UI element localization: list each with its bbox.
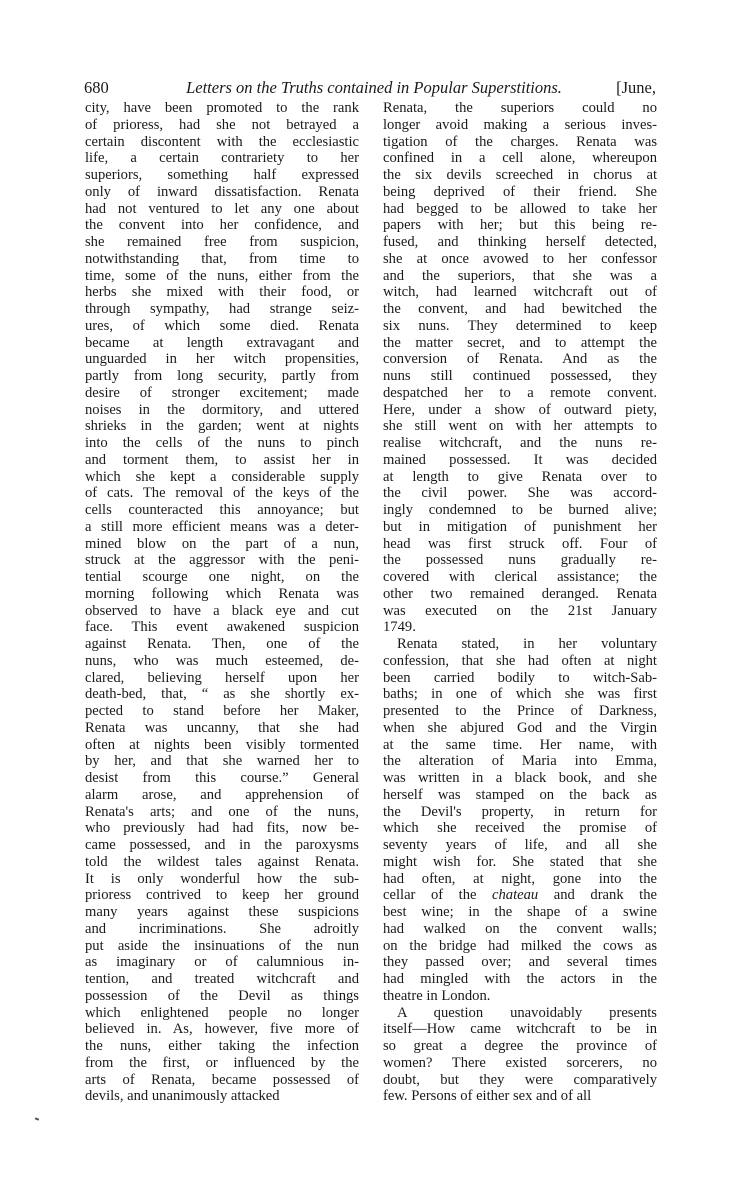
text-line: certain discontent with the ecclesiastic [85, 134, 359, 151]
text-line: death-bed, that, “ as she shortly ex- [85, 686, 359, 703]
text-line: was written in a black book, and she [383, 770, 657, 787]
text-line: despatched her to a remote convent. [383, 385, 657, 402]
text-line: confession, that she had often at night [383, 653, 657, 670]
text-line: by her, and that she warned her to [85, 753, 359, 770]
text-line: tigation of the charges. Renata was [383, 134, 657, 151]
text-line: she remained free from suspicion, [85, 234, 359, 251]
text-line: the possessed nuns gradually re- [383, 552, 657, 569]
text-line: the Devil's property, in return for [383, 804, 657, 821]
text-line: as imaginary or of calumnious in- [85, 954, 359, 971]
text-line: and incriminations. She adroitly [85, 921, 359, 938]
text-line: 1749. [383, 619, 657, 636]
text-line: cellar of the chateau and drank the [383, 887, 657, 904]
text-line: the convent into her confidence, and [85, 217, 359, 234]
text-line: clared, believing herself upon her [85, 670, 359, 687]
text-line: the alteration of Maria into Emma, [383, 753, 657, 770]
text-line: into the cells of the nuns to pinch [85, 435, 359, 452]
text-line: came possessed, and in the paroxysms [85, 837, 359, 854]
document-page: 680 Letters on the Truths contained in P… [0, 0, 749, 1180]
text-line: had walked on the convent walls; [383, 921, 657, 938]
text-line: conversion of Renata. And as the [383, 351, 657, 368]
text-line: time, some of the nuns, either from the [85, 268, 359, 285]
text-line: was executed on the 21st January [383, 603, 657, 620]
text-line: Renata's arts; and one of the nuns, [85, 804, 359, 821]
text-line: It is only wonderful how the sub- [85, 871, 359, 888]
text-line: prioress contrived to keep her ground [85, 887, 359, 904]
text-line: a still more efficient means was a deter… [85, 519, 359, 536]
text-line: been carried bodily to witch-Sab- [383, 670, 657, 687]
text-line: the nuns, either taking the infection [85, 1038, 359, 1055]
text-line: through sympathy, had strange seiz- [85, 301, 359, 318]
text-line: herbs she mixed with their food, or [85, 284, 359, 301]
scan-speck [35, 1117, 39, 1120]
text-line: covered with clerical assistance; the [383, 569, 657, 586]
left-column: city, have been promoted to the rankof p… [85, 100, 359, 1105]
text-line: baths; in one of which she was first [383, 686, 657, 703]
text-line: nuns still continued possessed, they [383, 368, 657, 385]
text-line: confined in a cell alone, whereupon [383, 150, 657, 167]
text-line: had often, at night, gone into the [383, 871, 657, 888]
text-line: she still went on with her attempts to [383, 418, 657, 435]
text-line: of cats. The removal of the keys of the [85, 485, 359, 502]
text-line: life, a certain contrariety to her [85, 150, 359, 167]
text-line: who previously had had fits, now be- [85, 820, 359, 837]
text-line: struck at the aggressor with the peni- [85, 552, 359, 569]
italic-word: chateau [492, 887, 538, 903]
text-line: told the wildest tales against Renata. [85, 854, 359, 871]
text-line: other two remained deranged. Renata [383, 586, 657, 603]
page-header: 680 Letters on the Truths contained in P… [84, 78, 656, 100]
text-line: put aside the insinuations of the nun [85, 938, 359, 955]
text-line: might wish for. She stated that she [383, 854, 657, 871]
text-line: arts of Renata, became possessed of [85, 1072, 359, 1089]
text-line: they passed over; and several times [383, 954, 657, 971]
text-line: fused, and thinking herself detected, [383, 234, 657, 251]
text-line: many years against these suspicions [85, 904, 359, 921]
text-line: only of inward dissatisfaction. Renata [85, 184, 359, 201]
text-line: devils, and unanimously attacked [85, 1088, 359, 1105]
text-line: nuns, who was much esteemed, de- [85, 653, 359, 670]
text-line: witch, had learned witchcraft out of [383, 284, 657, 301]
text-line: Here, under a show of outward piety, [383, 402, 657, 419]
text-line: Renata, the superiors could no [383, 100, 657, 117]
text-line: presented to the Prince of Darkness, [383, 703, 657, 720]
text-line: the matter secret, and to attempt the [383, 335, 657, 352]
text-line: face. This event awakened suspicion [85, 619, 359, 636]
running-title: Letters on the Truths contained in Popul… [84, 78, 656, 98]
text-line: and torment them, to assist her in [85, 452, 359, 469]
text-line: on the bridge had milked the cows as [383, 938, 657, 955]
text-line: theatre in London. [383, 988, 657, 1005]
text-line: when she abjured God and the Virgin [383, 720, 657, 737]
text-line: longer avoid making a serious inves- [383, 117, 657, 134]
text-line: best wine; in the shape of a swine [383, 904, 657, 921]
text-line: at length to give Renata over to [383, 469, 657, 486]
text-line: ingly condemned to be burned alive; [383, 502, 657, 519]
text-line: cells counteracted this annoyance; but [85, 502, 359, 519]
text-line: morning following which Renata was [85, 586, 359, 603]
text-line: unguarded in her witch propensities, [85, 351, 359, 368]
text-line: which enlightened people no longer [85, 1005, 359, 1022]
text-line: the civil power. She was accord- [383, 485, 657, 502]
text-line: desist from this course.” General [85, 770, 359, 787]
text-line: the six devils screeched in chorus at [383, 167, 657, 184]
text-line: had mingled with the actors in the [383, 971, 657, 988]
text-line: believed in. As, however, five more of [85, 1021, 359, 1038]
text-line: ures, of which some died. Renata [85, 318, 359, 335]
text-line: became at length extravagant and [85, 335, 359, 352]
issue-date: [June, [616, 78, 656, 98]
text-line: often at nights been visibly tormented [85, 737, 359, 754]
text-line: doubt, but they were comparatively [383, 1072, 657, 1089]
text-line: had not ventured to let any one about [85, 201, 359, 218]
text-line: had begged to be allowed to take her [383, 201, 657, 218]
text-line: and the superiors, that she was a [383, 268, 657, 285]
text-line: she at once avowed to her confessor [383, 251, 657, 268]
text-line: women? There existed sorcerers, no [383, 1055, 657, 1072]
right-column: Renata, the superiors could nolonger avo… [383, 100, 657, 1105]
text-line: which she received the promise of [383, 820, 657, 837]
text-line: being deprived of their friend. She [383, 184, 657, 201]
text-line: observed to have a black eye and cut [85, 603, 359, 620]
text-line: shrieks in the garden; went at nights [85, 418, 359, 435]
text-line: A question unavoidably presents [383, 1005, 657, 1022]
text-line: city, have been promoted to the rank [85, 100, 359, 117]
text-line: mined blow on the part of a nun, [85, 536, 359, 553]
text-line: Renata was uncanny, that she had [85, 720, 359, 737]
text-line: partly from long security, partly from [85, 368, 359, 385]
text-line: tention, and treated witchcraft and [85, 971, 359, 988]
text-line: notwithstanding that, from time to [85, 251, 359, 268]
text-line: superiors, something half expressed [85, 167, 359, 184]
text-line: seventy years of life, and all she [383, 837, 657, 854]
text-line: itself—How came witchcraft to be in [383, 1021, 657, 1038]
text-line: few. Persons of either sex and of all [383, 1088, 657, 1105]
text-line: papers with her; but this being re- [383, 217, 657, 234]
text-line: pected to stand before her Maker, [85, 703, 359, 720]
text-line: possession of the Devil as things [85, 988, 359, 1005]
text-line: head was first struck off. Four of [383, 536, 657, 553]
text-line: which she kept a considerable supply [85, 469, 359, 486]
text-line: alarm arose, and apprehension of [85, 787, 359, 804]
text-line: tential scourge one night, on the [85, 569, 359, 586]
text-line: of prioress, had she not betrayed a [85, 117, 359, 134]
text-line: against Renata. Then, one of the [85, 636, 359, 653]
text-line: desire of stronger excitement; made [85, 385, 359, 402]
text-line: from the first, or influenced by the [85, 1055, 359, 1072]
text-line: mained possessed. It was decided [383, 452, 657, 469]
text-line: six nuns. They determined to keep [383, 318, 657, 335]
text-line: Renata stated, in her voluntary [383, 636, 657, 653]
text-line: noises in the dormitory, and uttered [85, 402, 359, 419]
text-line: at the same time. Her name, with [383, 737, 657, 754]
text-line: so great a degree the province of [383, 1038, 657, 1055]
text-line: realise witchcraft, and the nuns re- [383, 435, 657, 452]
text-line: herself was stamped on the back as [383, 787, 657, 804]
text-line: the convent, and had bewitched the [383, 301, 657, 318]
text-line: but in mitigation of punishment her [383, 519, 657, 536]
